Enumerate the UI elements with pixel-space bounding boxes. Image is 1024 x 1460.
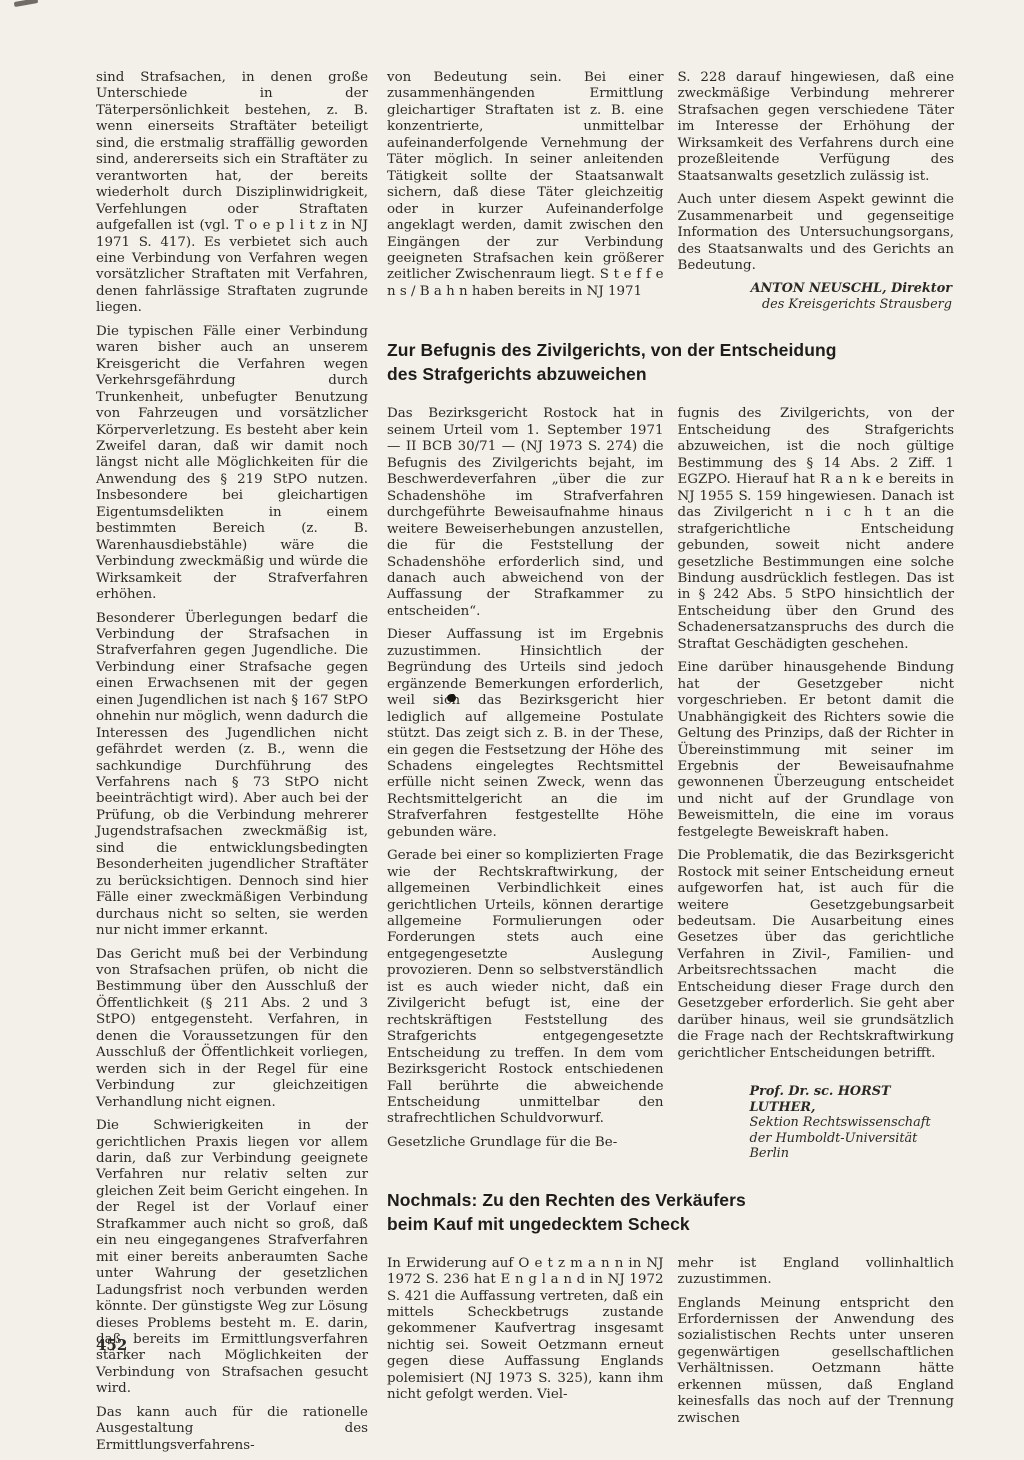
article-3-title: Nochmals: Zu den Rechten des Verkäufers … xyxy=(387,1188,954,1236)
paragraph: Besonderer Überlegungen bedarf die Verbi… xyxy=(96,611,368,940)
article-2-title: Zur Befugnis des Zivilgerichts, von der … xyxy=(387,338,954,386)
paragraph: Auch unter diesem Aspekt gewinnt die Zus… xyxy=(678,192,955,274)
paragraph: Englands Meinung entspricht den Erforder… xyxy=(678,1296,955,1428)
article-1-signature: ANTON NEUSCHL, Direktor des Kreisgericht… xyxy=(678,281,955,312)
paragraph: Das Bezirksgericht Rostock hat in seinem… xyxy=(387,406,664,620)
author-affiliation: der Humboldt-Universität Berlin xyxy=(750,1131,955,1162)
article-1-left-column: sind Strafsachen, in denen große Untersc… xyxy=(96,70,368,1460)
page-layout: sind Strafsachen, in denen große Untersc… xyxy=(96,70,954,1460)
paragraph: Das kann auch für die rationelle Ausgest… xyxy=(96,1405,368,1454)
paragraph: mehr ist England vollinhaltlich zuzustim… xyxy=(678,1256,955,1289)
author-name: ANTON NEUSCHL, Direktor xyxy=(678,281,953,297)
main-region: von Bedeutung sein. Bei einer zusammenhä… xyxy=(387,70,954,1460)
article-2-right-column: fugnis des Zivilgerichts, von der Entsch… xyxy=(678,406,955,1161)
paragraph: Gesetzliche Grundlage für die Be- xyxy=(387,1135,664,1151)
paragraph: Gerade bei einer so komplizierten Frage … xyxy=(387,848,664,1128)
author-affiliation: des Kreisgerichts Strausberg xyxy=(678,297,953,313)
article-3-left-column: In Erwiderung auf O e t z m a n n in NJ … xyxy=(387,1256,664,1435)
article-2-left-column: Das Bezirksgericht Rostock hat in seinem… xyxy=(387,406,664,1161)
author-name: Prof. Dr. sc. HORST LUTHER, xyxy=(750,1084,955,1115)
paragraph: Die Problematik, die das Bezirksgericht … xyxy=(678,848,955,1062)
paragraph: S. 228 darauf hingewiesen, daß eine zwec… xyxy=(678,70,955,185)
paragraph: Die typischen Fälle einer Verbindung war… xyxy=(96,324,368,604)
article-2-body: Das Bezirksgericht Rostock hat in seinem… xyxy=(387,406,954,1161)
paragraph: fugnis des Zivilgerichts, von der Entsch… xyxy=(678,406,955,653)
paragraph: Das Gericht muß bei der Verbindung von S… xyxy=(96,947,368,1112)
author-affiliation: Sektion Rechtswissenschaft xyxy=(750,1115,955,1131)
paragraph: von Bedeutung sein. Bei einer zusammenhä… xyxy=(387,70,664,300)
article-1-continuation: von Bedeutung sein. Bei einer zusammenhä… xyxy=(387,70,954,312)
article-2-signature: Prof. Dr. sc. HORST LUTHER, Sektion Rech… xyxy=(750,1084,955,1162)
article-1-right-column: S. 228 darauf hingewiesen, daß eine zwec… xyxy=(678,70,955,312)
article-3-right-column: mehr ist England vollinhaltlich zuzustim… xyxy=(678,1256,955,1435)
scan-artifact xyxy=(447,694,456,702)
page-number: 452 xyxy=(96,1336,127,1354)
paragraph: Die Schwierigkeiten in der gerichtlichen… xyxy=(96,1118,368,1398)
scan-artifact xyxy=(14,0,39,7)
paragraph: sind Strafsachen, in denen große Untersc… xyxy=(96,70,368,317)
paragraph: In Erwiderung auf O e t z m a n n in NJ … xyxy=(387,1256,664,1404)
journal-page: sind Strafsachen, in denen große Untersc… xyxy=(0,0,1024,1460)
article-1-middle-column: von Bedeutung sein. Bei einer zusammenhä… xyxy=(387,70,664,312)
paragraph: Dieser Auffassung ist im Ergebnis zuzust… xyxy=(387,627,664,841)
paragraph: Eine darüber hinausgehende Bindung hat d… xyxy=(678,660,955,841)
article-3-body: In Erwiderung auf O e t z m a n n in NJ … xyxy=(387,1256,954,1435)
